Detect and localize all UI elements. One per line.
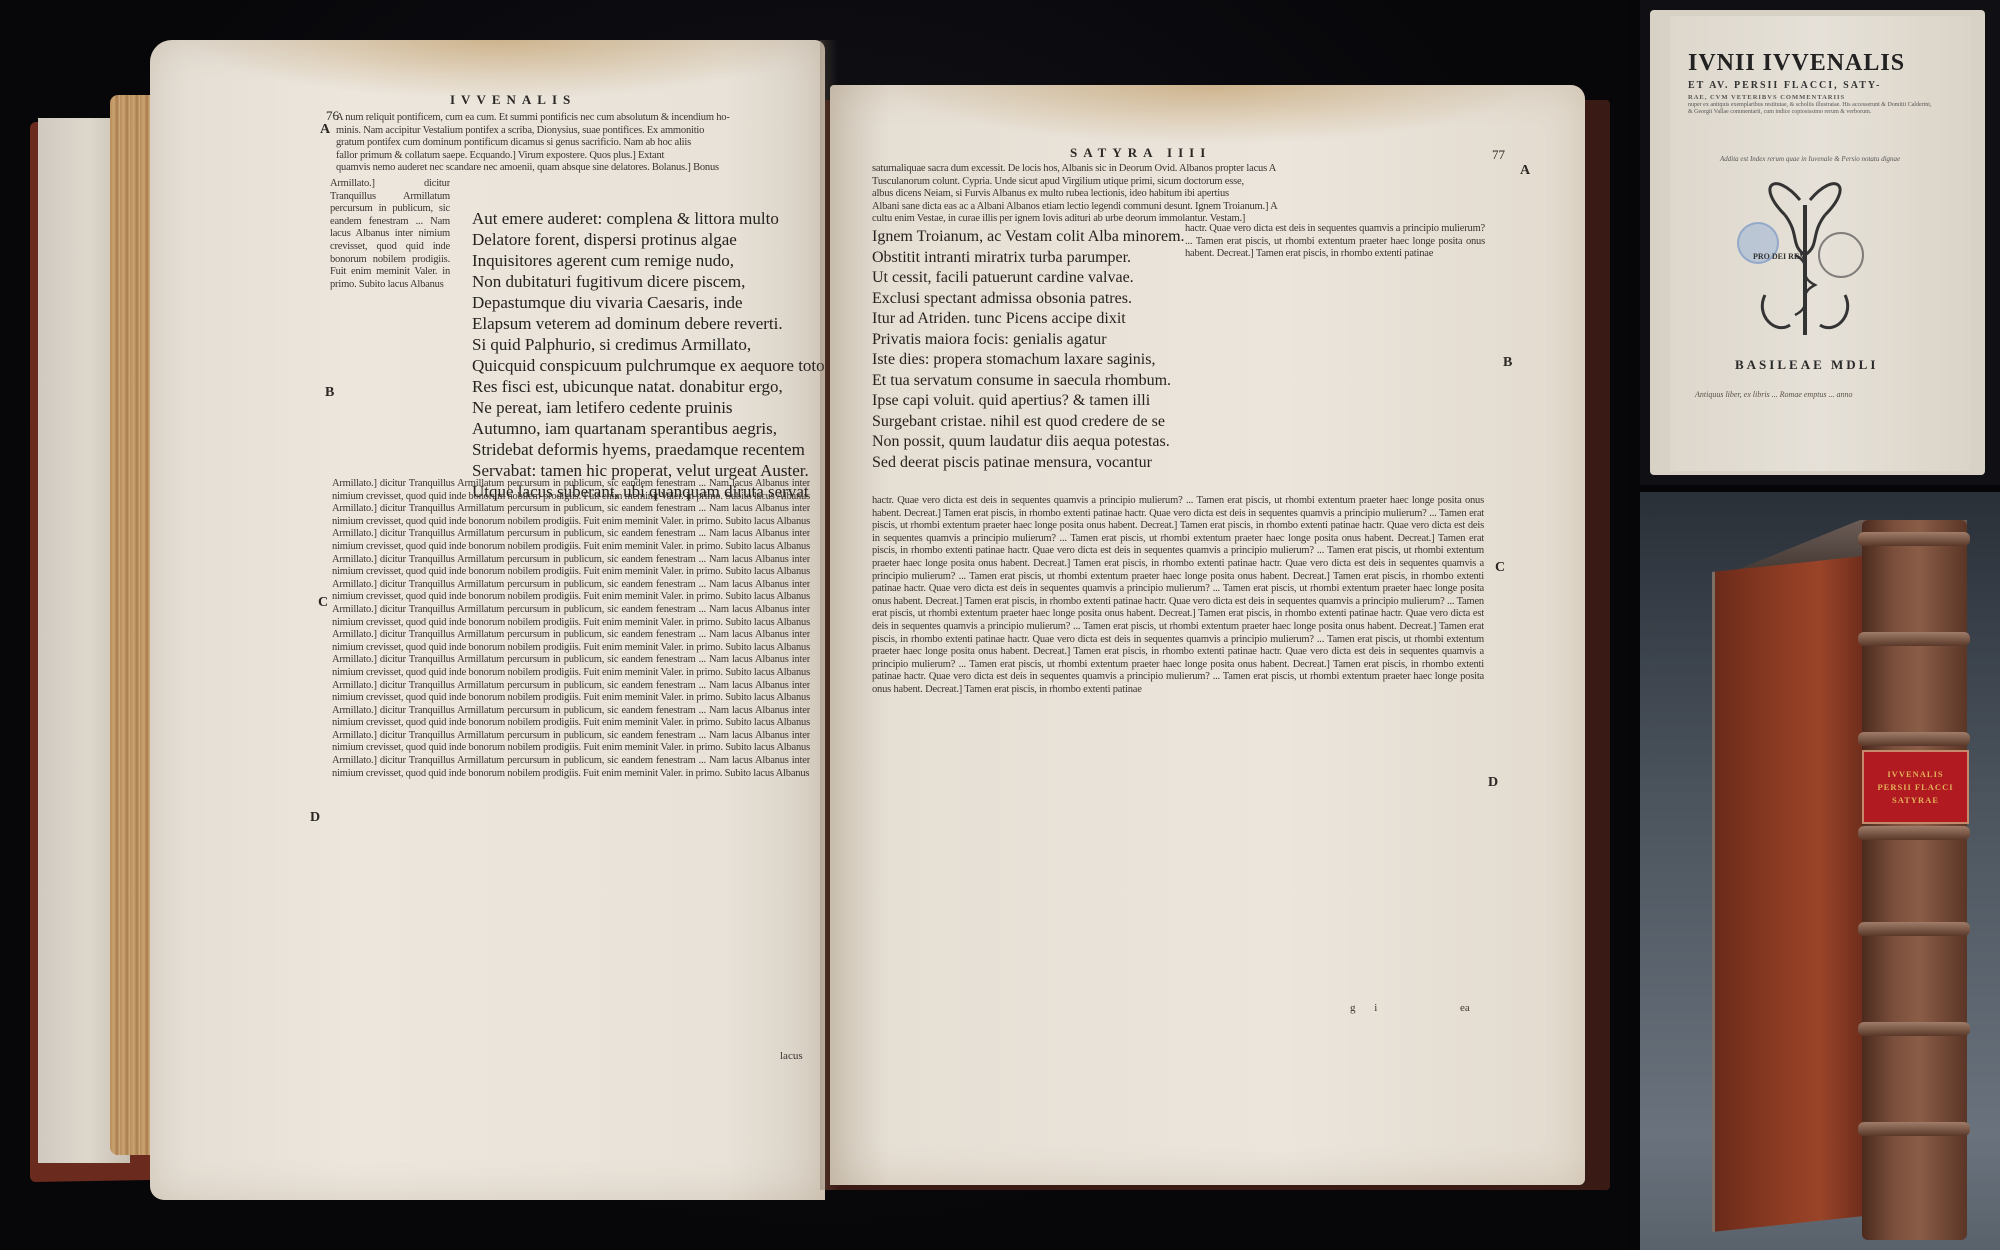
verse-line: Autumno, iam quartanam sperantibus aegri…	[472, 418, 852, 439]
verse-line: Et tua servatum consume in saecula rhomb…	[872, 371, 1185, 392]
commentary-line: minis. Nam accipitur Vestalium pontifex …	[336, 125, 806, 138]
verse-line: Ipse capi voluit. quid apertius? & tamen…	[872, 391, 1185, 412]
spine-label-line: PERSII FLACCI	[1877, 781, 1953, 794]
title-page-photo: IVNII IVVENALIS ET AV. PERSII FLACCI, SA…	[1640, 0, 2000, 485]
title-page-fineprint: RAE, CVM VETERIBVS COMMENTARIIS nuper ex…	[1688, 94, 1933, 117]
commentary-text: Armillato.] dicitur Tranquillus Armillat…	[332, 503, 810, 527]
verse-line: Non possit, quum laudatur diis aequa pot…	[872, 432, 1185, 453]
verse-line: Ut cessit, facili patuerunt cardine valv…	[872, 268, 1185, 289]
main-photo-open-book: IVVENALIS 76 A B C D A num reliquit pont…	[0, 0, 1628, 1250]
commentary-text: Armillato.] dicitur Tranquillus Armillat…	[332, 579, 810, 603]
verse-line: Exclusi spectant admissa obsonia patres.	[872, 289, 1185, 310]
verse-line: Elapsum veterem ad dominum debere revert…	[472, 313, 852, 334]
margin-letter-c: C	[318, 595, 328, 611]
water-stain	[890, 85, 1530, 145]
handwritten-inscription: Antiquus liber, ex libris ... Romae empt…	[1695, 390, 1955, 400]
left-commentary-body: Armillato.] dicitur Tranquillus Armillat…	[332, 478, 810, 1038]
front-board	[1712, 556, 1865, 1232]
verse-line: Delatore forent, dispersi protinus algae	[472, 229, 852, 250]
title-page-fineprint-text: nuper ex antiquis exemplaribus restituta…	[1688, 102, 1933, 117]
commentary-text: Armillato.] dicitur Tranquillus Armillat…	[332, 629, 810, 653]
right-commentary-opening: saturnaliquae sacra dum excessit. De loc…	[872, 163, 1482, 226]
margin-letter-a: A	[320, 122, 330, 138]
left-commentary-opening: A num reliquit pontificem, cum ea cum. E…	[336, 112, 806, 175]
commentary-text: Armillato.] dicitur Tranquillus Armillat…	[332, 528, 810, 552]
left-page: IVVENALIS 76 A B C D A num reliquit pont…	[150, 40, 825, 1200]
margin-letter-a: A	[1520, 163, 1530, 179]
verse-line: Iste dies: propera stomachum laxare sagi…	[872, 350, 1185, 371]
commentary-line: Albani sane dicta eas ac a Albani Albano…	[872, 201, 1482, 214]
commentary-line: quamvis nemo auderet nec scandare nec am…	[336, 162, 806, 175]
margin-letter-c: C	[1495, 560, 1505, 576]
raised-band	[1858, 732, 1970, 746]
spine-label-line: IVVENALIS	[1887, 768, 1943, 781]
commentary-line: Tusculanorum colunt. Cypria. Unde sicut …	[872, 176, 1482, 189]
left-verse-block: Aut emere auderet: complena & littora mu…	[472, 208, 852, 502]
raised-band	[1858, 922, 1970, 936]
water-stain	[190, 40, 810, 100]
raised-band	[1858, 826, 1970, 840]
right-folio: 77	[1492, 147, 1505, 163]
commentary-line: fallor primum & collatum saepe. Ecquando…	[336, 150, 806, 163]
verse-line: Itur ad Atriden. tunc Picens accipe dixi…	[872, 309, 1185, 330]
right-catchword: ea	[1460, 1002, 1470, 1014]
commentary-text: Armillato.] dicitur Tranquillus Armillat…	[332, 554, 810, 578]
commentary-text: Armillato.] dicitur Tranquillus Armillat…	[332, 755, 810, 779]
commentary-text: Armillato.] dicitur Tranquillus Armillat…	[332, 680, 810, 704]
margin-letter-d: D	[310, 810, 320, 826]
verse-line: Quicquid conspicuum pulchrumque ex aequo…	[472, 355, 852, 376]
raised-band	[1858, 1022, 1970, 1036]
verse-line: Depastumque diu vivaria Caesaris, inde	[472, 292, 852, 313]
verse-line: Inquisitores agerent cum remige nudo,	[472, 250, 852, 271]
binding-photo: IVVENALIS PERSII FLACCI SATYRAE	[1640, 492, 2000, 1250]
title-page-title: IVNII IVVENALIS	[1688, 50, 1905, 77]
svg-text:PRO DEI REM: PRO DEI REM	[1753, 252, 1807, 261]
commentary-line: albus dicens Neiam, si Furvis Albanus ex…	[872, 188, 1482, 201]
commentary-text: hactr. Quae vero dicta est deis in seque…	[872, 671, 1484, 695]
verse-line: Res fisci est, ubicunque natat. donabitu…	[472, 376, 852, 397]
right-page: SATYRA IIII 77 A B C D saturnaliquae sac…	[830, 85, 1585, 1185]
margin-letter-b: B	[1503, 355, 1512, 371]
title-page-subtitle: ET AV. PERSII FLACCI, SATY-	[1688, 80, 1882, 91]
verse-line: Aut emere auderet: complena & littora mu…	[472, 208, 852, 229]
right-verse-block: Ignem Troianum, ac Vestam colit Alba min…	[872, 227, 1185, 473]
left-running-head: IVVENALIS	[450, 92, 576, 108]
verse-line: Si quid Palphurio, si credimus Armillato…	[472, 334, 852, 355]
right-side-commentary: hactr. Quae vero dicta est deis in seque…	[1185, 223, 1485, 493]
commentary-text: Armillato.] dicitur Tranquillus Armillat…	[332, 604, 810, 628]
commentary-text: Armillato.] dicitur Tranquillus Armillat…	[332, 654, 810, 678]
title-page-place-date: BASILEAE MDLI	[1735, 357, 1878, 373]
commentary-line: saturnaliquae sacra dum excessit. De loc…	[872, 163, 1482, 176]
raised-band	[1858, 632, 1970, 646]
right-running-head: SATYRA IIII	[1070, 145, 1211, 161]
verse-line: Ne pereat, iam letifero cedente pruinis	[472, 397, 852, 418]
spine-label-line: SATYRAE	[1892, 794, 1939, 807]
commentary-text: Armillato.] dicitur Tranquillus Armillat…	[332, 705, 810, 729]
raised-band	[1858, 1122, 1970, 1136]
spine-label: IVVENALIS PERSII FLACCI SATYRAE	[1862, 750, 1969, 824]
commentary-text: Armillato.] dicitur Tranquillus Armillat…	[332, 730, 810, 754]
commentary-line: gratum pontifex cum dominum pontificum d…	[336, 137, 806, 150]
commentary-line: A num reliquit pontificem, cum ea cum. E…	[336, 112, 806, 125]
verse-line: Surgebant cristae. nihil est quod creder…	[872, 412, 1185, 433]
caduceus-printer-device-icon: PRO DEI REM	[1745, 175, 1865, 345]
title-page-subtitle-2: RAE, CVM VETERIBVS COMMENTARIIS	[1688, 94, 1933, 102]
verse-line: Privatis maiora focis: genialis agatur	[872, 330, 1185, 351]
verse-line: Ignem Troianum, ac Vestam colit Alba min…	[872, 227, 1185, 248]
left-catchword: lacus	[780, 1050, 803, 1062]
title-page-imprint-line: Addita est Index rerum quae in Iuvenale …	[1720, 155, 1900, 163]
margin-letter-d: D	[1488, 775, 1498, 791]
right-commentary-body: hactr. Quae vero dicta est deis in seque…	[872, 495, 1484, 1055]
verse-line: Stridebat deformis hyems, praedamque rec…	[472, 439, 852, 460]
raised-band	[1858, 532, 1970, 546]
gathering-signature: g i	[1350, 1002, 1385, 1014]
verse-line: Non dubitaturi fugitivum dicere piscem,	[472, 271, 852, 292]
left-side-commentary: Armillato.] dicitur Tranquillus Armillat…	[330, 178, 450, 468]
commentary-text: Armillato.] dicitur Tranquillus Armillat…	[332, 478, 810, 502]
verse-line: Sed deerat piscis patinae mensura, vocan…	[872, 453, 1185, 474]
verse-line: Obstitit intranti miratrix turba parumpe…	[872, 248, 1185, 269]
